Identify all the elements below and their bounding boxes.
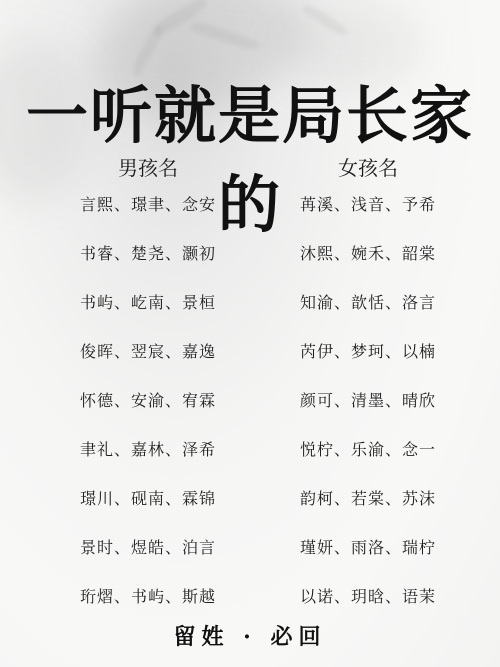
name-row: 聿礼、嘉林、泽希 [48, 425, 248, 474]
name-row: 以诺、玥晗、语茉 [268, 572, 468, 621]
bamboo-leaf-decoration [151, 0, 210, 38]
name-row: 知渝、歆恬、洛言 [268, 278, 468, 327]
name-row: 悦柠、乐渝、念一 [268, 425, 468, 474]
boys-names-column: 男孩名 言熙、璟聿、念安 书睿、楚尧、灏初 书屿、屹南、景桓 俊晖、翌宸、嘉逸 … [48, 152, 248, 621]
name-row: 书屿、屹南、景桓 [48, 278, 248, 327]
girls-names-column: 女孩名 苒溪、浅音、予希 沐熙、婉禾、韶棠 知渝、歆恬、洛言 芮伊、梦珂、以楠 … [268, 152, 468, 621]
name-row: 景时、煜皓、泊言 [48, 523, 248, 572]
name-row: 芮伊、梦珂、以楠 [268, 327, 468, 376]
name-row: 沐熙、婉禾、韶棠 [268, 229, 468, 278]
name-row: 璟川、砚南、霖锦 [48, 474, 248, 523]
name-row: 怀德、安渝、宥霖 [48, 376, 248, 425]
boys-names-list: 言熙、璟聿、念安 书睿、楚尧、灏初 书屿、屹南、景桓 俊晖、翌宸、嘉逸 怀德、安… [48, 180, 248, 621]
name-row: 言熙、璟聿、念安 [48, 180, 248, 229]
girls-names-list: 苒溪、浅音、予希 沐熙、婉禾、韶棠 知渝、歆恬、洛言 芮伊、梦珂、以楠 颜可、清… [268, 180, 468, 621]
name-row: 俊晖、翌宸、嘉逸 [48, 327, 248, 376]
name-row: 瑾妍、雨洛、瑞柠 [268, 523, 468, 572]
name-row: 苒溪、浅音、予希 [268, 180, 468, 229]
bamboo-leaf-decoration [302, 2, 349, 39]
bamboo-leaf-decoration [190, 18, 260, 53]
name-row: 珩熠、书屿、斯越 [48, 572, 248, 621]
name-row: 书睿、楚尧、灏初 [48, 229, 248, 278]
footer-call-to-action: 留姓 · 必回 [0, 620, 500, 651]
name-row: 颜可、清墨、晴欣 [268, 376, 468, 425]
name-row: 韵柯、若棠、苏沫 [268, 474, 468, 523]
